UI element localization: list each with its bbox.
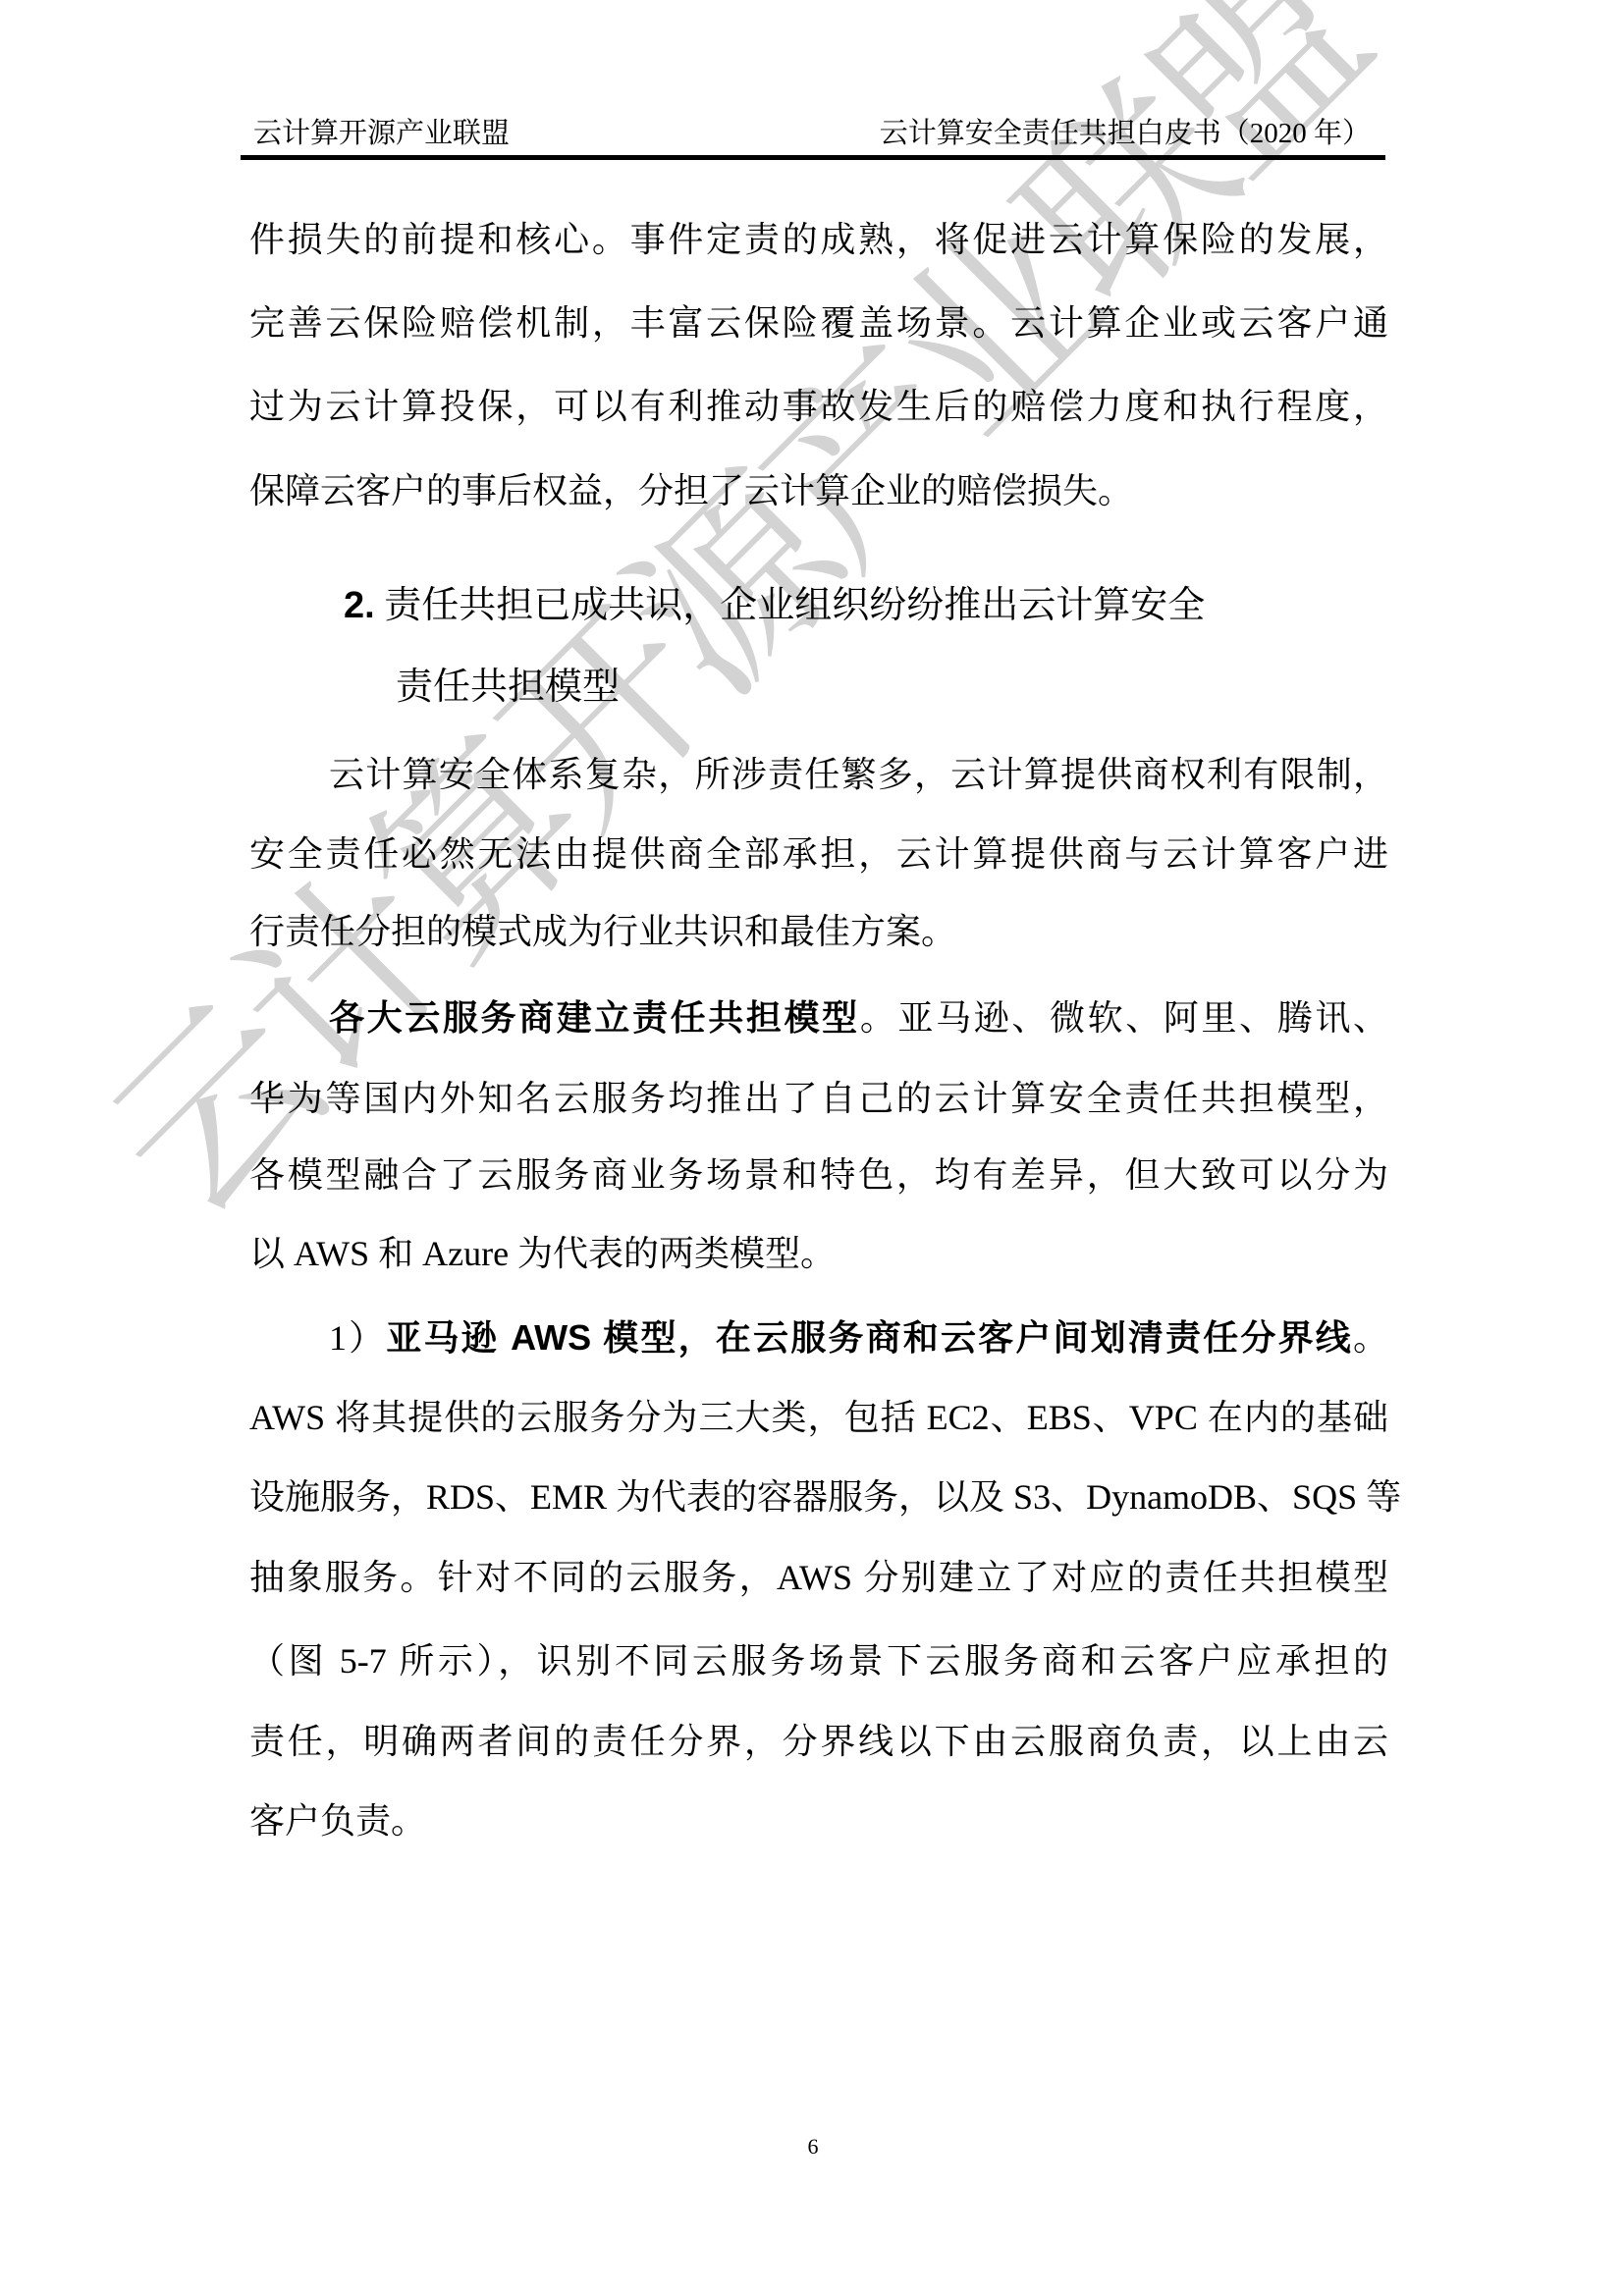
text-line: 安全责任必然无法由提供商全部承担，云计算提供商与云计算客户进 [249,832,1388,876]
text-line: 各大云服务商建立责任共担模型。亚马逊、微软、阿里、腾讯、 [329,996,1388,1040]
section-heading-line-1: 2. 责任共担已成共识，企业组织纷纷推出云计算安全 [344,582,1205,629]
text-run: 。 [1353,1318,1388,1358]
text-line: 责任，明确两者间的责任分界，分界线以下由云服商负责，以上由云 [249,1720,1388,1763]
text-line: 过为云计算投保，可以有利推动事故发生后的赔偿力度和执行程度， [249,385,1388,428]
header-organization: 云计算开源产业联盟 [253,116,510,151]
section-number: 2. [344,585,375,626]
text-line: 件损失的前提和核心。事件定责的成熟，将促进云计算保险的发展， [249,218,1388,261]
bold-lead: 各大云服务商建立责任共担模型 [329,997,860,1038]
text-line: AWS 将其提供的云服务分为三大类，包括 EC2、EBS、VPC 在内的基础 [249,1396,1388,1439]
header-rule [241,155,1385,160]
header-document-title: 云计算安全责任共担白皮书（2020 年） [880,116,1371,151]
page-number: 6 [803,2134,823,2160]
text-line: 保障云客户的事后权益，分担了云计算企业的赔偿损失。 [249,469,1388,512]
list-marker: 1） [329,1318,386,1358]
text-line: （图 5-7 所示），识别不同云服务场景下云服务商和云客户应承担的 [249,1639,1388,1682]
text-line: 各模型融合了云服务商业务场景和特色，均有差异，但大致可以分为 [249,1153,1388,1197]
section-heading-line-2: 责任共担模型 [396,664,620,711]
text-line: 行责任分担的模式成为行业共识和最佳方案。 [249,910,1388,953]
text-line: 客户负责。 [249,1799,1388,1842]
page-content: 云计算开源产业联盟 云计算安全责任共担白皮书（2020 年） 件损失的前提和核心… [0,0,1624,2296]
text-line: 完善云保险赔偿机制，丰富云保险覆盖场景。云计算企业或云客户通 [249,301,1388,345]
document-page: 云计算开源产业联盟 云计算开源产业联盟 云计算安全责任共担白皮书（2020 年）… [0,0,1624,2296]
text-line: 抽象服务。针对不同的云服务，AWS 分别建立了对应的责任共担模型 [249,1556,1388,1599]
text-line: 1）亚马逊 AWS 模型，在云服务商和云客户间划清责任分界线。 [329,1316,1388,1360]
text-line: 设施服务，RDS、EMR 为代表的容器服务，以及 S3、DynamoDB、SQS… [249,1475,1388,1519]
text-line: 华为等国内外知名云服务均推出了自己的云计算安全责任共担模型， [249,1077,1388,1120]
text-line: 以 AWS 和 Azure 为代表的两类模型。 [249,1232,1388,1275]
section-title-part-1: 责任共担已成共识，企业组织纷纷推出云计算安全 [384,585,1205,626]
bold-lead: 亚马逊 AWS 模型，在云服务商和云客户间划清责任分界线 [386,1317,1353,1358]
text-line: 云计算安全体系复杂，所涉责任繁多，云计算提供商权利有限制， [329,753,1388,796]
text-run: 。亚马逊、微软、阿里、腾讯、 [860,998,1388,1038]
